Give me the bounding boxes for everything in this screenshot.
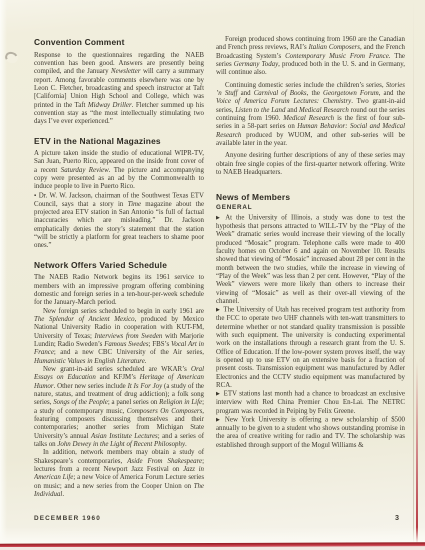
page-bottom-fade bbox=[0, 527, 425, 543]
paragraph-wipr-tv: A picture taken inside the studio of edu… bbox=[34, 150, 204, 192]
arrow-bullet-icon: ▶ bbox=[216, 391, 221, 397]
page-edge-red-right bbox=[416, 361, 418, 546]
left-column: Convention Comment Response to the quest… bbox=[34, 36, 204, 508]
paragraph-naeb-radio-network: The NAEB Radio Network begins its 1961 s… bbox=[34, 274, 204, 307]
page-content: Convention Comment Response to the quest… bbox=[34, 36, 405, 508]
paragraph-grant-in-aid-series: New grant-in-aid series scheduled are WK… bbox=[34, 366, 204, 449]
section-heading-network-schedule: Network Offers Varied Schedule bbox=[34, 260, 204, 270]
page-footer: DECEMBER 1960 3 bbox=[34, 513, 405, 522]
page-right-crease bbox=[413, 0, 414, 542]
paragraph-jackson-bullet: ▪Dr. W. W. Jackson, chairman of the Sout… bbox=[34, 192, 204, 251]
section-heading-etv-national-magazines: ETV in the National Magazines bbox=[34, 136, 204, 146]
paragraph-free-copies: Anyone desiring further descriptions of … bbox=[216, 152, 405, 177]
paragraph-jackson-text: Dr. W. W. Jackson, chairman of the South… bbox=[34, 192, 204, 249]
paragraph-new-foreign-series: New foreign series scheduled to begin in… bbox=[34, 308, 204, 366]
news-item-chou-text: ETV stations last month had a chance to … bbox=[216, 391, 405, 415]
news-item-nyu-scholarship: ▶New York University is offering a new s… bbox=[216, 416, 405, 450]
paragraph-in-addition: In addition, network members may obtain … bbox=[34, 449, 204, 499]
section-heading-news-of-members: News of Members bbox=[216, 192, 405, 202]
arrow-bullet-icon: ▶ bbox=[216, 215, 222, 221]
subheading-general: GENERAL bbox=[216, 204, 405, 211]
paragraph-foreign-shows: Foreign produced shows continuing from 1… bbox=[216, 36, 405, 78]
newsletter-page: Convention Comment Response to the quest… bbox=[0, 0, 425, 550]
footer-page-number: 3 bbox=[395, 513, 399, 522]
news-item-utah-uhf: ▶The University of Utah has received pro… bbox=[216, 306, 405, 390]
paragraph-convention-response: Response to the questionnaires regarding… bbox=[34, 52, 204, 127]
arrow-bullet-icon: ▶ bbox=[216, 417, 222, 423]
news-item-illinois-study: ▶At the University of Illinois, a study … bbox=[216, 214, 405, 306]
paragraph-domestic-series: Continuing domestic series include the c… bbox=[216, 82, 405, 149]
arrow-bullet-icon: ▶ bbox=[216, 307, 220, 313]
footer-issue-date: DECEMBER 1960 bbox=[34, 515, 101, 522]
square-bullet-icon: ▪ bbox=[34, 193, 37, 199]
page-left-edge-highlight bbox=[0, 0, 7, 550]
news-item-chou-en-lai: ▶ETV stations last month had a chance to… bbox=[216, 390, 405, 416]
news-item-illinois-text: At the University of Illinois, a study w… bbox=[216, 215, 405, 305]
section-heading-convention-comment: Convention Comment bbox=[34, 37, 204, 47]
right-column: Foreign produced shows continuing from 1… bbox=[216, 36, 405, 508]
news-item-utah-text: The University of Utah has received prog… bbox=[216, 307, 405, 389]
news-item-nyu-text: New York University is offering a new sc… bbox=[216, 417, 405, 449]
